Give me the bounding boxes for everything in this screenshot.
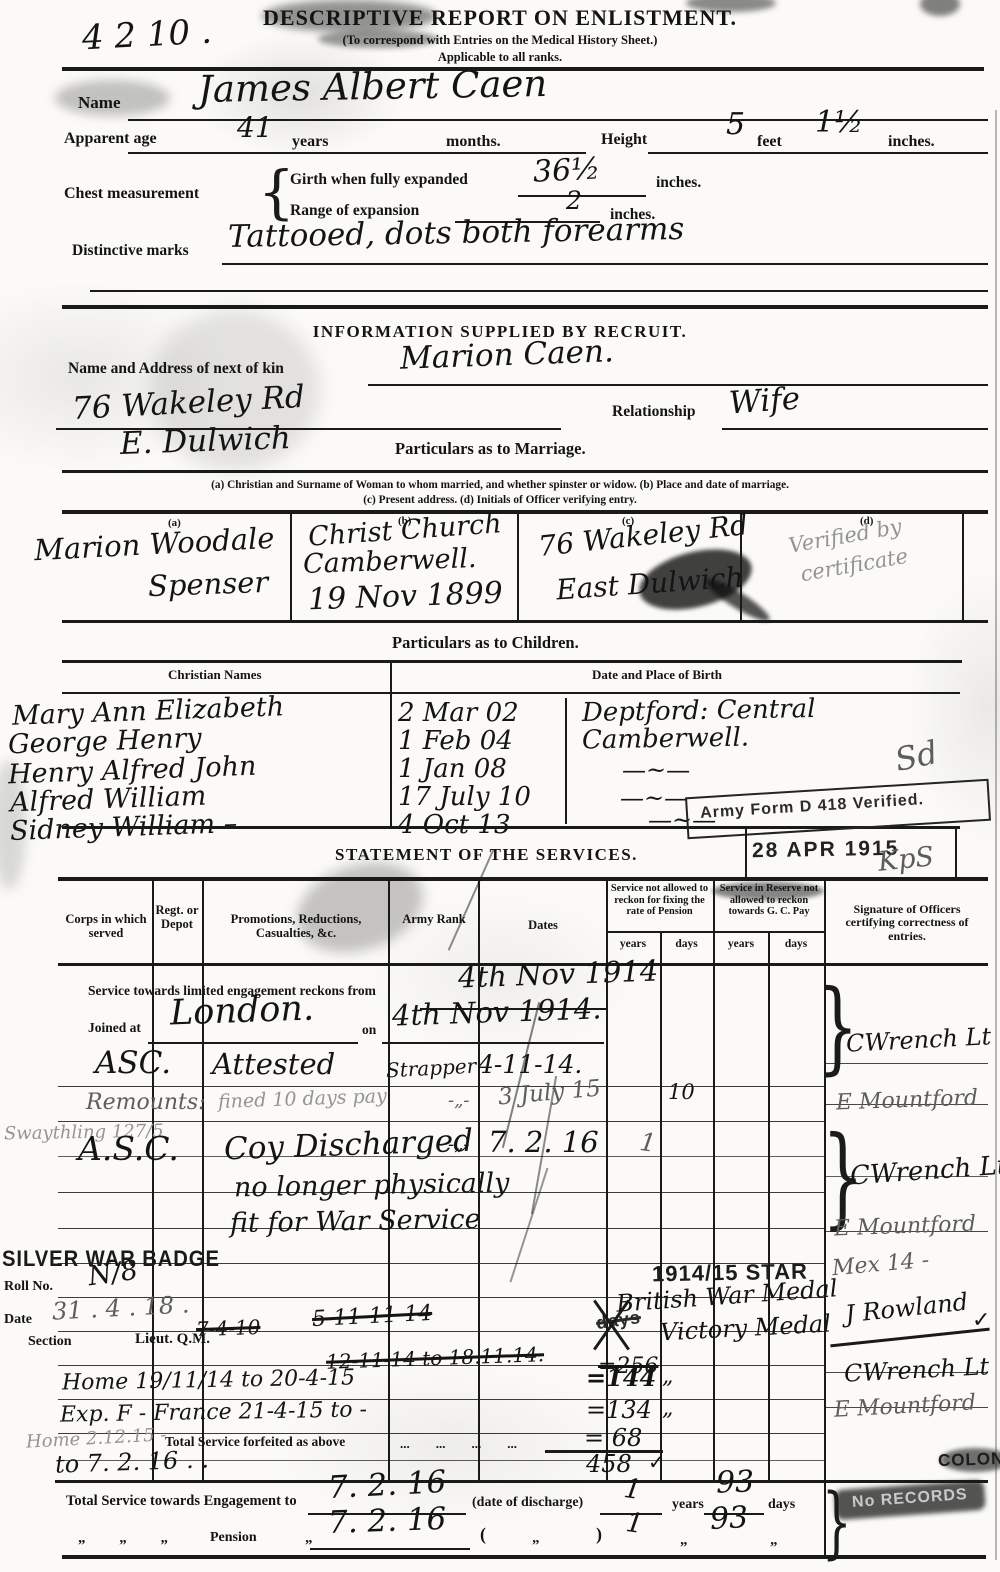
girth-value: 36½ bbox=[532, 154, 601, 187]
range-value: 2 bbox=[566, 188, 582, 213]
header-reserve: Service in Reserve not allowed to reckon… bbox=[716, 883, 822, 918]
days-value: =134 bbox=[586, 1398, 652, 1422]
rule bbox=[518, 195, 646, 197]
corps-entry: Remounts: bbox=[86, 1092, 206, 1114]
reserve-days-label: days bbox=[770, 938, 822, 951]
pension-label: Pension bbox=[210, 1530, 257, 1546]
kin-name: Marion Caen. bbox=[400, 336, 615, 374]
child-date: 4 Oct 13 bbox=[398, 812, 510, 838]
corps-entry: A.S.C. bbox=[78, 1132, 179, 1165]
age-label: Apparent age bbox=[64, 130, 157, 148]
medal-signature: J Rowland bbox=[844, 1290, 969, 1327]
child-date: 17 July 10 bbox=[398, 784, 531, 810]
present-address-2: East Dulwich bbox=[555, 563, 744, 604]
header-dates: Dates bbox=[482, 918, 604, 932]
rule bbox=[382, 1042, 604, 1044]
stamp-initials: KpS bbox=[877, 843, 935, 876]
pen-stroke bbox=[510, 1168, 549, 1283]
table-vline bbox=[768, 933, 770, 1480]
header-signature: Signature of Officers certifying correct… bbox=[828, 903, 986, 943]
forfeited-dots: ... ... ... ... bbox=[400, 1437, 517, 1452]
roll-no-label: Roll No. bbox=[4, 1279, 53, 1295]
pen-stroke bbox=[830, 1328, 989, 1347]
swb-date-label: Date bbox=[4, 1312, 32, 1328]
table-vline bbox=[955, 828, 957, 878]
header-rank: Army Rank bbox=[392, 912, 476, 926]
marriage-footnote-2: (c) Present address. (d) Initials of Off… bbox=[0, 494, 1000, 507]
relationship-label: Relationship bbox=[612, 403, 696, 420]
struck-date: 5-11-11-14 bbox=[312, 1303, 433, 1331]
swb-date-value: 31 . 4 . 18 . bbox=[51, 1292, 189, 1323]
header-regt: Regt. or Depot bbox=[154, 903, 200, 931]
pension-years-entry: 1 bbox=[638, 1129, 657, 1156]
star-note: Mex 14 - bbox=[831, 1250, 930, 1280]
medal-entry: British War Medal bbox=[615, 1276, 838, 1315]
pension-ditto-mid: „ bbox=[532, 1530, 540, 1547]
rule bbox=[222, 263, 988, 265]
date-entry: 3 July 15 bbox=[497, 1078, 602, 1110]
check-mark: ✓ bbox=[972, 1310, 990, 1332]
ditto-mark: „ bbox=[662, 1398, 673, 1420]
rule bbox=[722, 428, 988, 430]
rule bbox=[62, 620, 988, 623]
form-subtitle-1: (To correspond with Entries on the Medic… bbox=[0, 33, 1000, 47]
child-date: 2 Mar 02 bbox=[398, 700, 519, 726]
table-vline bbox=[713, 877, 715, 1480]
service-period: Exp. F - France 21-4-15 to - bbox=[60, 1399, 367, 1426]
enlistment-form-scan: 4 2 10 . DESCRIPTIVE REPORT ON ENLISTMEN… bbox=[0, 0, 1000, 1572]
date-entry: 7. 2. 16 bbox=[488, 1128, 599, 1157]
pension-days-entry: 10 bbox=[668, 1082, 695, 1103]
pension-date: 7. 2. 16 bbox=[327, 1504, 446, 1539]
months-label: months. bbox=[446, 133, 501, 151]
years-label: years bbox=[672, 1497, 704, 1513]
promotion-entry-2: no longer physically bbox=[234, 1170, 510, 1202]
child-date: 1 Feb 04 bbox=[398, 728, 513, 754]
paren-right: ) bbox=[596, 1524, 602, 1544]
promotion-entry-3: fit for War Service bbox=[230, 1206, 481, 1237]
relationship-value: Wife bbox=[728, 384, 801, 420]
total-days: 458 bbox=[586, 1452, 632, 1476]
marriage-title: Particulars as to Marriage. bbox=[395, 440, 586, 458]
present-address-1: 76 Wakeley Rd bbox=[537, 511, 749, 561]
height-feet: 5 bbox=[726, 110, 745, 140]
rule bbox=[62, 1555, 986, 1559]
discharge-label: (date of discharge) bbox=[472, 1495, 583, 1511]
ink-smudge bbox=[285, 847, 435, 968]
struck-date: 7-4-10 bbox=[196, 1317, 261, 1339]
corps-entry: ASC. bbox=[95, 1048, 171, 1079]
joined-date: 4th Nov 1914. bbox=[392, 994, 602, 1030]
pension-years-label: years bbox=[608, 938, 658, 951]
no-records-stamp: No RECORDS bbox=[852, 1486, 969, 1512]
table-vline bbox=[962, 513, 964, 620]
to-date: to 7. 2. 16 . . bbox=[55, 1447, 210, 1476]
header-pension: Service not allowed to reckon for fixing… bbox=[608, 883, 711, 918]
table-vline bbox=[290, 513, 292, 620]
signature-brace: } bbox=[817, 968, 858, 1085]
child-date: 1 Jan 08 bbox=[398, 756, 507, 782]
rule bbox=[62, 470, 988, 473]
joined-place: London. bbox=[169, 991, 314, 1031]
engagement-years: 1 bbox=[622, 1475, 643, 1504]
ditto-mark: „ bbox=[662, 1366, 673, 1388]
pension-dittos: „ „ „ bbox=[78, 1530, 168, 1547]
reserve-years-label: years bbox=[716, 938, 766, 951]
marks-label: Distinctive marks bbox=[72, 242, 189, 259]
date-entry: 4-11-14. bbox=[478, 1052, 582, 1077]
rule bbox=[128, 152, 586, 154]
years-label: years bbox=[292, 133, 328, 151]
promotion-entry: Coy Discharged bbox=[224, 1126, 474, 1166]
service-period: Home 19/11/14 to 20-4-15 bbox=[62, 1367, 355, 1394]
age-value: 41 bbox=[237, 114, 273, 142]
child-place: Camberwell. bbox=[582, 725, 749, 754]
roll-no-value: N/8 bbox=[86, 1257, 139, 1291]
days-label: days bbox=[768, 1497, 795, 1513]
pension-ditto-open: „ bbox=[305, 1530, 313, 1547]
rule bbox=[90, 290, 988, 292]
kin-label: Name and Address of next of kin bbox=[68, 360, 284, 377]
marriage-footnote-1: (a) Christian and Surname of Woman to wh… bbox=[0, 479, 1000, 492]
name-label: Name bbox=[78, 93, 120, 112]
engagement-date: 7. 2. 16 bbox=[327, 1467, 447, 1504]
check-mark: ✓ bbox=[648, 1452, 665, 1472]
height-label: Height bbox=[601, 131, 647, 149]
promotion-entry: Attested bbox=[212, 1050, 335, 1079]
children-title: Particulars as to Children. bbox=[392, 634, 579, 652]
pen-stroke bbox=[448, 849, 495, 950]
officer-signature: E Mountford bbox=[834, 1392, 977, 1421]
joined-label: Joined at bbox=[88, 1020, 141, 1035]
rank-entry: Strapper bbox=[386, 1056, 477, 1081]
officer-signature: CWrench Lt bbox=[849, 1153, 1000, 1190]
rule bbox=[62, 305, 988, 309]
girth-unit: inches. bbox=[656, 174, 701, 191]
rule bbox=[310, 1548, 470, 1550]
header-corps: Corps in which served bbox=[62, 912, 150, 940]
marks-value: Tattooed, dots both forearms bbox=[228, 214, 685, 253]
marriage-wife-name-2: Spenser bbox=[148, 568, 269, 601]
rule bbox=[62, 510, 988, 514]
kin-address-1: 76 Wakeley Rd bbox=[71, 382, 305, 425]
marriage-date: 19 Nov 1899 bbox=[308, 579, 504, 616]
feet-label: feet bbox=[757, 133, 782, 151]
colonial-stamp-fragment: COLON bbox=[938, 1449, 1000, 1471]
children-col-names: Christian Names bbox=[168, 668, 262, 683]
officer-signature: CWrench Lt bbox=[843, 1354, 989, 1386]
pension-days: 93 bbox=[709, 1503, 749, 1535]
pension-days-label: days bbox=[662, 938, 711, 951]
rank-ditto: -„- bbox=[448, 1136, 470, 1154]
table-vline bbox=[390, 662, 392, 826]
table-vline bbox=[565, 698, 567, 824]
days-value: =144 bbox=[586, 1366, 656, 1390]
officer-signature: E Mountford bbox=[834, 1214, 977, 1241]
table-vline bbox=[745, 828, 747, 878]
child-place-ditto: —~— bbox=[622, 758, 690, 782]
flourish-initials: Sd bbox=[892, 736, 940, 776]
rule bbox=[62, 660, 962, 663]
rule bbox=[58, 1121, 824, 1122]
marriage-wife-name-1: Marion Woodale bbox=[33, 524, 275, 566]
girth-label: Girth when fully expanded bbox=[290, 171, 468, 188]
marriage-place-2: Camberwell. bbox=[303, 545, 477, 578]
rule bbox=[368, 384, 988, 386]
height-inches: 1½ bbox=[815, 108, 863, 138]
engagement-days: 93 bbox=[715, 1467, 754, 1498]
struck-date: 12-11-14 to 18.11.14. bbox=[326, 1344, 545, 1372]
child-place: Deptford: Central bbox=[582, 696, 816, 726]
table-vline bbox=[517, 513, 519, 620]
name-value: James Albert Caen bbox=[198, 65, 548, 108]
children-col-birth: Date and Place of Birth bbox=[592, 668, 722, 683]
rule bbox=[606, 931, 824, 933]
promotion-entry: fined 10 days pay bbox=[218, 1087, 387, 1112]
rule bbox=[648, 152, 988, 154]
rule bbox=[58, 877, 988, 881]
forfeited-value: = 68 bbox=[584, 1426, 642, 1450]
medal-entry: Victory Medal bbox=[659, 1312, 831, 1345]
pension-years-ditto: „ bbox=[680, 1532, 688, 1549]
section-label: Section bbox=[28, 1334, 72, 1350]
rank-ditto: -„- bbox=[448, 1092, 470, 1110]
chest-label: Chest measurement bbox=[64, 185, 199, 203]
joined-on-label: on bbox=[362, 1022, 376, 1037]
form-title: DESCRIPTIVE REPORT ON ENLISTMENT. bbox=[0, 6, 1000, 31]
pension-days-ditto: „ bbox=[770, 1532, 778, 1549]
officer-signature: E Mountford bbox=[836, 1088, 979, 1115]
kin-address-2: E. Dulwich bbox=[120, 423, 292, 460]
rule bbox=[58, 1086, 824, 1087]
services-title: STATEMENT OF THE SERVICES. bbox=[335, 845, 638, 864]
engagement-label: Total Service towards Engagement to bbox=[66, 1493, 297, 1509]
header-promotions: Promotions, Reductions, Casualties, &c. bbox=[206, 912, 386, 940]
rule bbox=[148, 1042, 358, 1044]
pension-years: 1 bbox=[624, 1509, 645, 1538]
inches-label: inches. bbox=[888, 133, 935, 151]
officer-signature: CWrench Lt bbox=[845, 1024, 991, 1056]
reckons-date: 4th Nov 1914 bbox=[458, 957, 659, 993]
paren-left: ( bbox=[480, 1524, 486, 1544]
